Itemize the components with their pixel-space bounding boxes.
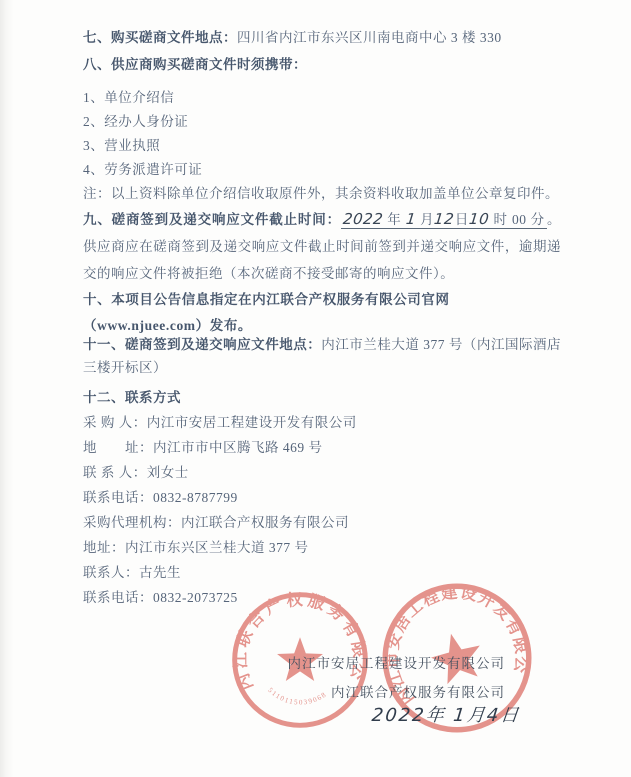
section-7-line: 七、购买磋商文件地点：四川省内江市东兴区川南电商中心 3 楼 330 — [83, 24, 561, 51]
document-body: 七、购买磋商文件地点：四川省内江市东兴区川南电商中心 3 楼 330 八、供应商… — [83, 16, 561, 610]
section-11-paragraph: 十一、磋商签到及递交响应文件地点：内江市兰桂大道 377 号（内江国际酒店三楼开… — [83, 333, 561, 379]
seal-number-text: 5110115039068 — [266, 686, 328, 706]
handwritten-month: 1 — [405, 212, 417, 227]
deadline-filled-blank: 2022 年 1 月12日10 时 00 分 — [341, 212, 547, 229]
section-12-line: 十二、联系方式 — [83, 385, 561, 410]
section-10-paragraph: 十、本项目公告信息指定在内江联合产权服务有限公司官网（www.njuee.com… — [83, 287, 561, 339]
signature-agency-company: 内江联合产权服务有限公司 — [331, 681, 505, 701]
printed-month-label: 月 — [416, 212, 435, 227]
contact-line-phone: 联系电话：0832-8787799 — [83, 485, 561, 510]
list-item: 3、营业执照 — [83, 134, 561, 158]
section-8-heading: 八、供应商购买磋商文件时须携带： — [83, 57, 307, 72]
section-7-text: 四川省内江市东兴区川南电商中心 3 楼 330 — [237, 30, 502, 45]
contact-line-purchaser: 采 购 人：内江市安居工程建设开发有限公司 — [83, 410, 561, 435]
section-9-heading: 九、磋商签到及递交响应文件截止时间： — [83, 212, 341, 227]
signature-buyer-company: 内江市安居工程建设开发有限公司 — [288, 652, 506, 672]
handwritten-hour: 10 — [468, 212, 490, 227]
handwritten-signature-date: 2022年 1月4日 — [371, 701, 522, 727]
handwritten-year: 2022 — [342, 212, 384, 227]
printed-day-label: 日 — [455, 212, 470, 227]
section-8-line: 八、供应商购买磋商文件时须携带： — [83, 51, 561, 78]
svg-text:5110115039068: 5110115039068 — [266, 686, 328, 706]
required-documents-list: 1、单位介绍信 2、经办人身份证 3、营业执照 4、劳务派遣许可证 注：以上资料… — [83, 86, 561, 206]
printed-minute-label: 时 00 分 — [489, 212, 545, 227]
list-item: 1、单位介绍信 — [83, 86, 561, 110]
note-line: 注：以上资料除单位介绍信收取原件外，其余资料收取加盖单位公章复印件。 — [83, 182, 561, 206]
section-12-heading: 十二、联系方式 — [83, 390, 181, 405]
section-9-paragraph: 九、磋商签到及递交响应文件截止时间：2022 年 1 月12日10 时 00 分… — [83, 206, 561, 287]
contact-line-agency-address: 地址：内江市东兴区兰桂大道 377 号 — [83, 535, 561, 560]
contact-line-person: 联 系 人：刘女士 — [83, 460, 561, 485]
section-7-heading: 七、购买磋商文件地点： — [83, 30, 237, 45]
scanned-document-page: 七、购买磋商文件地点：四川省内江市东兴区川南电商中心 3 楼 330 八、供应商… — [0, 0, 631, 777]
section-11-heading: 十一、磋商签到及递交响应文件地点： — [83, 337, 321, 352]
printed-year-label: 年 — [383, 212, 406, 227]
list-item: 4、劳务派遣许可证 — [83, 158, 561, 182]
contact-line-agency: 采购代理机构：内江联合产权服务有限公司 — [83, 510, 561, 535]
handwritten-day: 12 — [434, 212, 456, 227]
section-10-heading: 十、本项目公告信息指定在内江联合产权服务有限公司官网（www.njuee.com… — [83, 292, 450, 333]
list-item: 2、经办人身份证 — [83, 110, 561, 134]
contact-line-address: 地 址：内江市市中区腾飞路 469 号 — [83, 435, 561, 460]
